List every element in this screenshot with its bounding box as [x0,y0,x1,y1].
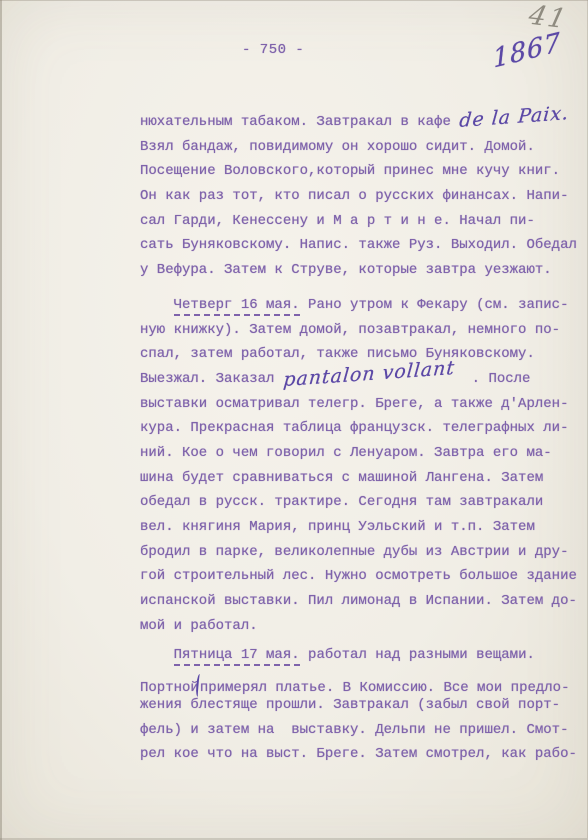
text-line: у Вефура. Затем к Струве, которые завтра… [140,258,586,283]
text-line: нюхательным табаком. Завтракал в кафе de… [140,110,586,135]
typed-text-segment: у Вефура. Затем к Струве, которые завтра… [140,262,552,278]
typed-text-segment: нюхательным табаком. Завтракал в кафе [140,114,459,130]
dash-underlined-date: Четверг 16 мая. [174,297,300,316]
text-line: Взял бандаж, повидимому он хорошо сидит.… [140,135,586,160]
paragraph: нюхательным табаком. Завтракал в кафе de… [140,110,586,283]
text-line: вел. княгиня Мария, принц Уэльский и т.п… [140,515,586,540]
text-line: Четверг 16 мая. Рано утром к Фекару (см.… [140,293,586,318]
text-line: испанской выставки. Пил лимонад в Испани… [140,589,586,614]
text-line: сать Буняковскому. Напис. также Руз. Вых… [140,233,586,258]
typed-text-segment: Взял бандаж, повидимому он хорошо сидит.… [140,139,535,155]
typed-text-segment: сать Буняковскому. Напис. также Руз. Вых… [140,237,577,253]
text-line: шина будет сравниваться с машиной Ланген… [140,466,586,491]
typed-text-segment: Он как раз тот, кто писал о русских фина… [140,188,568,204]
page-number: - 750 - [242,42,304,58]
text-line: жения блестяще прошли. Завтракал (забыл … [140,693,586,718]
typed-text-segment: шина будет сравниваться с машиной Ланген… [140,470,543,486]
paragraph: Четверг 16 мая. Рано утром к Фекару (см.… [140,293,586,639]
text-line: кура. Прекрасная таблица французск. теле… [140,416,586,441]
typed-text-segment: работал над разными вещами. [300,647,535,663]
typed-text-segment [140,297,174,313]
typed-text-segment: рел кое что на выст. Бреге. Затем смотре… [140,746,577,762]
text-line: Он как раз тот, кто писал о русских фина… [140,184,586,209]
handwritten-year: 1867 [492,27,562,74]
text-line: выставки осматривал телегр. Бреге, а так… [140,392,586,417]
typed-text-segment: . После [455,371,531,387]
text-line: мой и работал. [140,614,586,639]
typed-text-block: нюхательным табаком. Завтракал в кафе de… [140,110,586,767]
typed-text-segment: сал Гарди, Кенессену и М а р т и н е. На… [140,213,535,229]
text-line: Выезжал. Заказал pantalon vollant . Посл… [140,367,586,392]
text-line: Пятница 17 мая. работал над разными веща… [140,643,586,668]
text-line: ную книжку). Затем домой, позавтракал, н… [140,318,586,343]
typed-text-segment: Выезжал. Заказал [140,371,283,387]
text-line: ний. Кое о чем говорил с Ленуаром. Завтр… [140,441,586,466]
typed-text-segment: вел. княгиня Мария, принц Уэльский и т.п… [140,519,535,535]
text-line: обедал в русск. трактире. Сегодня там за… [140,490,586,515]
text-line: Портнойпримерял платье. В Комиссию. Все … [140,668,586,693]
text-line: бродил в парке, великолепные дубы из Авс… [140,540,586,565]
typed-text-segment: спал, затем работал, также письмо Буняко… [140,346,535,362]
typed-text-segment: Посещение Воловского,который принес мне … [140,163,560,179]
typed-text-segment: мой и работал. [140,618,258,634]
typed-text-segment: выставки осматривал телегр. Бреге, а так… [140,396,568,412]
typed-text-segment: ную книжку). Затем домой, позавтракал, н… [140,322,560,338]
typed-text-segment: гой строительный лес. Нужно осмотреть бо… [140,568,577,584]
typed-text-segment [140,647,174,663]
typed-text-segment: обедал в русск. трактире. Сегодня там за… [140,494,543,510]
text-line: гой строительный лес. Нужно осмотреть бо… [140,564,586,589]
dash-underlined-date: Пятница 17 мая. [174,647,300,666]
text-line: Посещение Воловского,который принес мне … [140,159,586,184]
handwritten-insertion: de la Paix. [459,104,570,131]
typed-text-segment: Рано утром к Фекару (см. запис- [300,297,569,313]
typed-text-segment: фель) и затем на выставку. Дельпи не при… [140,722,568,738]
paragraph: Пятница 17 мая. работал над разными веща… [140,643,586,766]
text-line: сал Гарди, Кенессену и М а р т и н е. На… [140,209,586,234]
typed-text-segment: испанской выставки. Пил лимонад в Испани… [140,593,577,609]
typed-text-segment: ний. Кое о чем говорил с Ленуаром. Завтр… [140,445,552,461]
typed-text-segment: жения блестяще прошли. Завтракал (забыл … [140,697,560,713]
typed-text-segment: кура. Прекрасная таблица французск. теле… [140,420,568,436]
text-line: фель) и затем на выставку. Дельпи не при… [140,718,586,743]
text-line: рел кое что на выст. Бреге. Затем смотре… [140,742,586,767]
typed-text-segment: бродил в парке, великолепные дубы из Авс… [140,544,568,560]
scanned-document-page: - 750 - 41 1867 нюхательным табаком. Зав… [0,0,588,840]
